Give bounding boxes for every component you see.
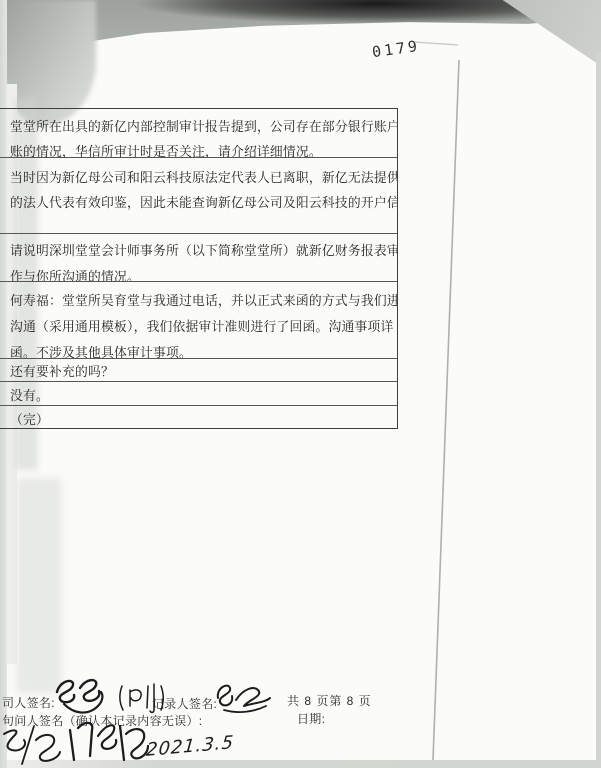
table-cell-line: 的法人代表有效印鉴，因此未能查询新亿母公司及阳云科技的开户信 bbox=[10, 190, 397, 215]
page-corner-fold bbox=[468, 0, 601, 66]
table-cell-line: 堂堂所在出具的新亿内部控制审计报告提到，公司存在部分银行账户 bbox=[10, 114, 397, 139]
table-cell-line: 当时因为新亿母公司和阳云科技原法定代表人已离职，新亿无法提供 bbox=[10, 165, 397, 190]
interviewer-signature-label: 司人签名: bbox=[2, 694, 55, 711]
table-row-end-mark: （完） bbox=[0, 406, 397, 429]
page-stamp-number: 0179 bbox=[371, 37, 421, 62]
table-cell-line: 函。不涉及其他具体审计事项。 bbox=[10, 340, 397, 359]
date-label: 日期: bbox=[297, 710, 325, 727]
table-row-question-communication: 请说明深圳堂堂会计师事务所（以下简称堂堂所）就新亿财务报表审 作与你所沟通的情况… bbox=[0, 234, 397, 282]
handwritten-signature-interviewee-1 bbox=[0, 724, 66, 768]
table-cell-line: 何寿福：堂堂所吴育堂与我通过电话，并以正式来函的方式与我们进 bbox=[10, 288, 397, 314]
table-row-question-anything-else: 还有要补充的吗？ bbox=[0, 359, 397, 382]
scan-shadow-top-band bbox=[0, 0, 601, 46]
table-row-answer-no: 没有。 bbox=[0, 382, 397, 406]
handwritten-signature-interviewer-1 bbox=[52, 676, 122, 718]
table-row-answer-bank-accounts: 当时因为新亿母公司和阳云科技原法定代表人已离职，新亿无法提供 的法人代表有效印鉴… bbox=[0, 158, 397, 234]
scanned-interview-record-page: 0179 堂堂所在出具的新亿内部控制审计报告提到，公司存在部分银行账户 账的情况… bbox=[0, 0, 601, 768]
table-cell-line: （完） bbox=[10, 410, 397, 429]
handwritten-signature-recorder bbox=[214, 680, 272, 718]
table-row-answer-communication: 何寿福：堂堂所吴育堂与我通过电话，并以正式来函的方式与我们进 沟通（采用通用模板… bbox=[0, 282, 397, 359]
handwritten-signature-interviewee-2 bbox=[64, 716, 152, 768]
table-cell-line: 沟通（采用通用模板），我们依据审计准则进行了回函。沟通事项详 bbox=[10, 314, 397, 340]
table-row-question-bank-accounts: 堂堂所在出具的新亿内部控制审计报告提到，公司存在部分银行账户 账的情况，华信所审… bbox=[0, 109, 397, 158]
table-cell-line: 作与你所沟通的情况。 bbox=[10, 264, 397, 282]
scan-smudge-left-lower bbox=[17, 478, 61, 693]
table-cell-line: 没有。 bbox=[10, 386, 397, 405]
handwritten-signature-interviewer-2 bbox=[118, 680, 166, 714]
table-cell-line: 请说明深圳堂堂会计师事务所（以下简称堂堂所）就新亿财务报表审 bbox=[10, 238, 397, 264]
page-count-text: 共 8 页第 8 页 bbox=[287, 692, 372, 709]
handwritten-date: 2021.3.5 bbox=[145, 732, 235, 761]
qa-table: 堂堂所在出具的新亿内部控制审计报告提到，公司存在部分银行账户 账的情况，华信所审… bbox=[0, 108, 398, 429]
table-cell-line: 账的情况，华信所审计时是否关注，请介绍详细情况。 bbox=[10, 139, 397, 158]
table-cell-line: 还有要补充的吗？ bbox=[10, 362, 397, 381]
page-right-edge-strip bbox=[596, 52, 601, 768]
